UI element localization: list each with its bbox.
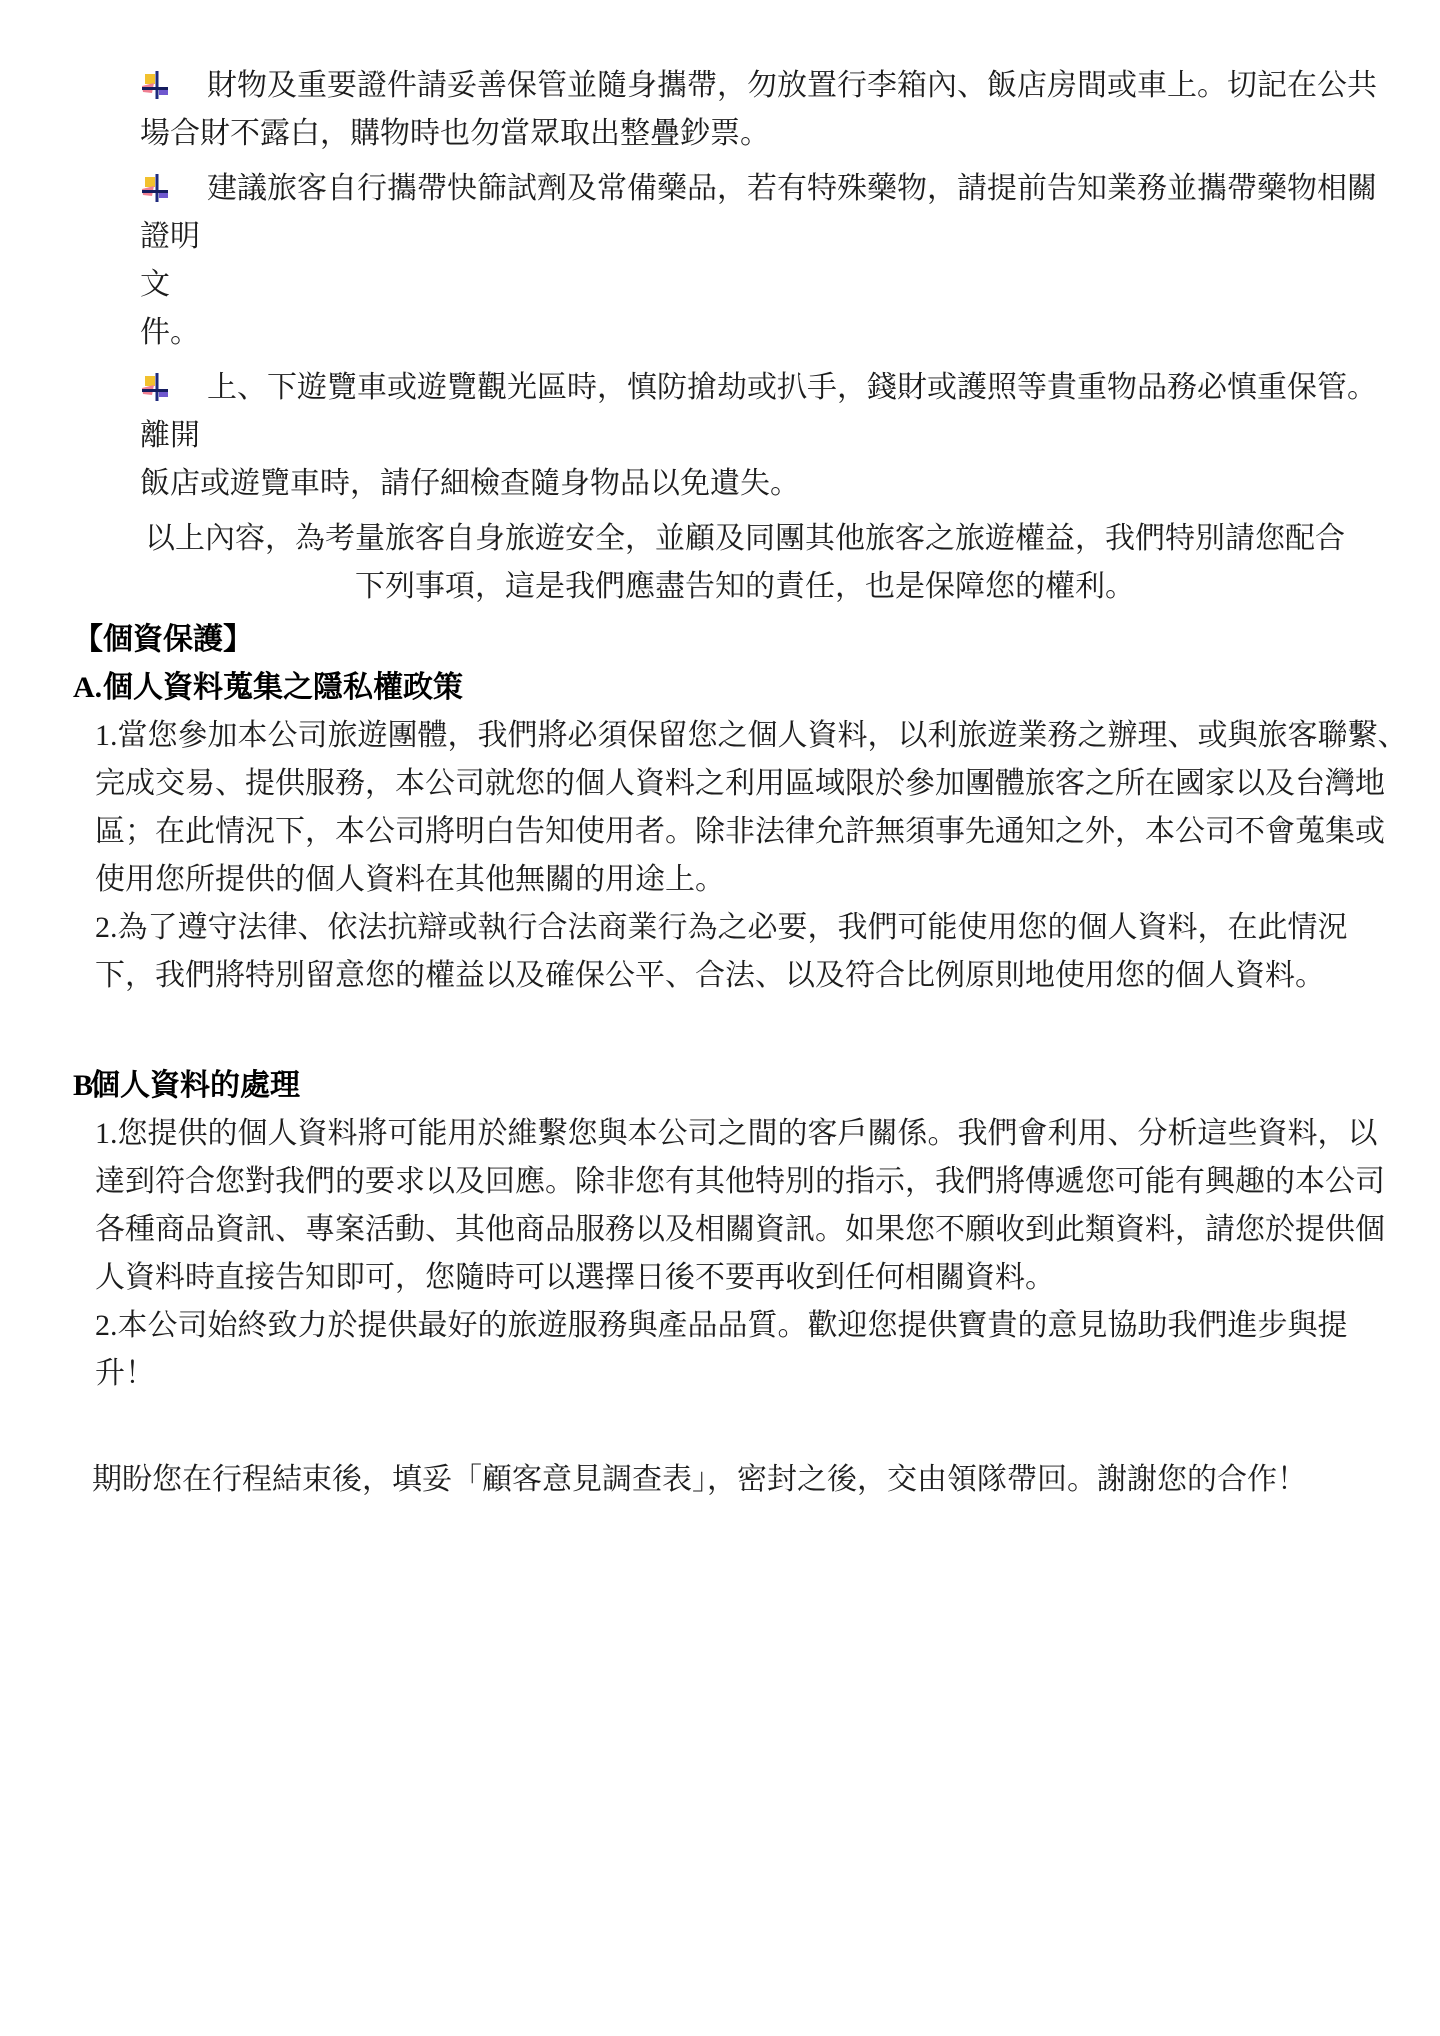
section-b-paragraph-1: 1.您提供的個人資料將可能用於維繫您與本公司之間的客戶關係。我們會利用、分析這些… [95, 1110, 1410, 1302]
notice-bullet-item-2: 建議旅客自行攜帶快篩試劑及常備藥品，若有特殊藥物，請提前告知業務並攜帶藥物相關證… [140, 165, 1380, 357]
section-b-heading: B.個人資料的處理 [73, 1062, 1440, 1110]
section-letter: A. [73, 664, 103, 712]
section-a-paragraph-2: 2.為了遵守法律、依法抗辯或執行合法商業行為之必要，我們可能使用您的個人資料，在… [95, 904, 1410, 1000]
colored-arrow-bullet-icon [140, 66, 169, 94]
section-a-paragraph-1: 1.當您參加本公司旅遊團體，我們將必須保留您之個人資料，以利旅遊業務之辦理、或與… [95, 712, 1410, 904]
closing-note-text: 期盼您在行程結束後，填妥「顧客意見調查表」，密封之後，交由領隊帶回。謝謝您的合作… [92, 1463, 1307, 1496]
section-letter: B. [73, 1062, 90, 1110]
notice-bullet-item-1: 財物及重要證件請妥善保管並隨身攜帶，勿放置行李箱內、飯店房間或車上。切記在公共 … [140, 62, 1380, 158]
section-a-heading: A.個人資料蒐集之隱私權政策 [73, 664, 1440, 712]
notice-summary-text: 以上內容，為考量旅客自身旅遊安全，並顧及同團其他旅客之旅遊權益，我們特別請您配合… [145, 522, 1345, 603]
privacy-section-b: B.個人資料的處理 1.您提供的個人資料將可能用於維繫您與本公司之間的客戶關係。… [0, 1062, 1440, 1398]
colored-arrow-bullet-icon [140, 169, 169, 197]
closing-note: 期盼您在行程結束後，填妥「顧客意見調查表」，密封之後，交由領隊帶回。謝謝您的合作… [92, 1456, 1440, 1504]
colored-arrow-bullet-icon [140, 368, 169, 396]
notice-summary: 以上內容，為考量旅客自身旅遊安全，並顧及同團其他旅客之旅遊權益，我們特別請您配合… [120, 515, 1370, 611]
privacy-section-heading: 【個資保護】 [73, 616, 1440, 664]
notice-text: 建議旅客自行攜帶快篩試劑及常備藥品，若有特殊藥物，請提前告知業務並攜帶藥物相關證… [140, 172, 1377, 349]
section-b-paragraph-2: 2.本公司始終致力於提供最好的旅遊服務與產品品質。歡迎您提供寶貴的意見協助我們進… [95, 1302, 1410, 1398]
section-title: 個人資料蒐集之隱私權政策 [103, 671, 463, 704]
travel-notice-document: 財物及重要證件請妥善保管並隨身攜帶，勿放置行李箱內、飯店房間或車上。切記在公共 … [0, 0, 1440, 1504]
section-title: 個人資料的處理 [90, 1069, 300, 1102]
privacy-section-a: A.個人資料蒐集之隱私權政策 1.當您參加本公司旅遊團體，我們將必須保留您之個人… [0, 664, 1440, 1000]
notice-text: 上、下遊覽車或遊覽觀光區時，慎防搶劫或扒手，錢財或護照等貴重物品務必慎重保管。離… [140, 371, 1377, 500]
notice-bullet-item-3: 上、下遊覽車或遊覽觀光區時，慎防搶劫或扒手，錢財或護照等貴重物品務必慎重保管。離… [140, 364, 1380, 508]
notice-text: 財物及重要證件請妥善保管並隨身攜帶，勿放置行李箱內、飯店房間或車上。切記在公共 … [140, 69, 1377, 150]
